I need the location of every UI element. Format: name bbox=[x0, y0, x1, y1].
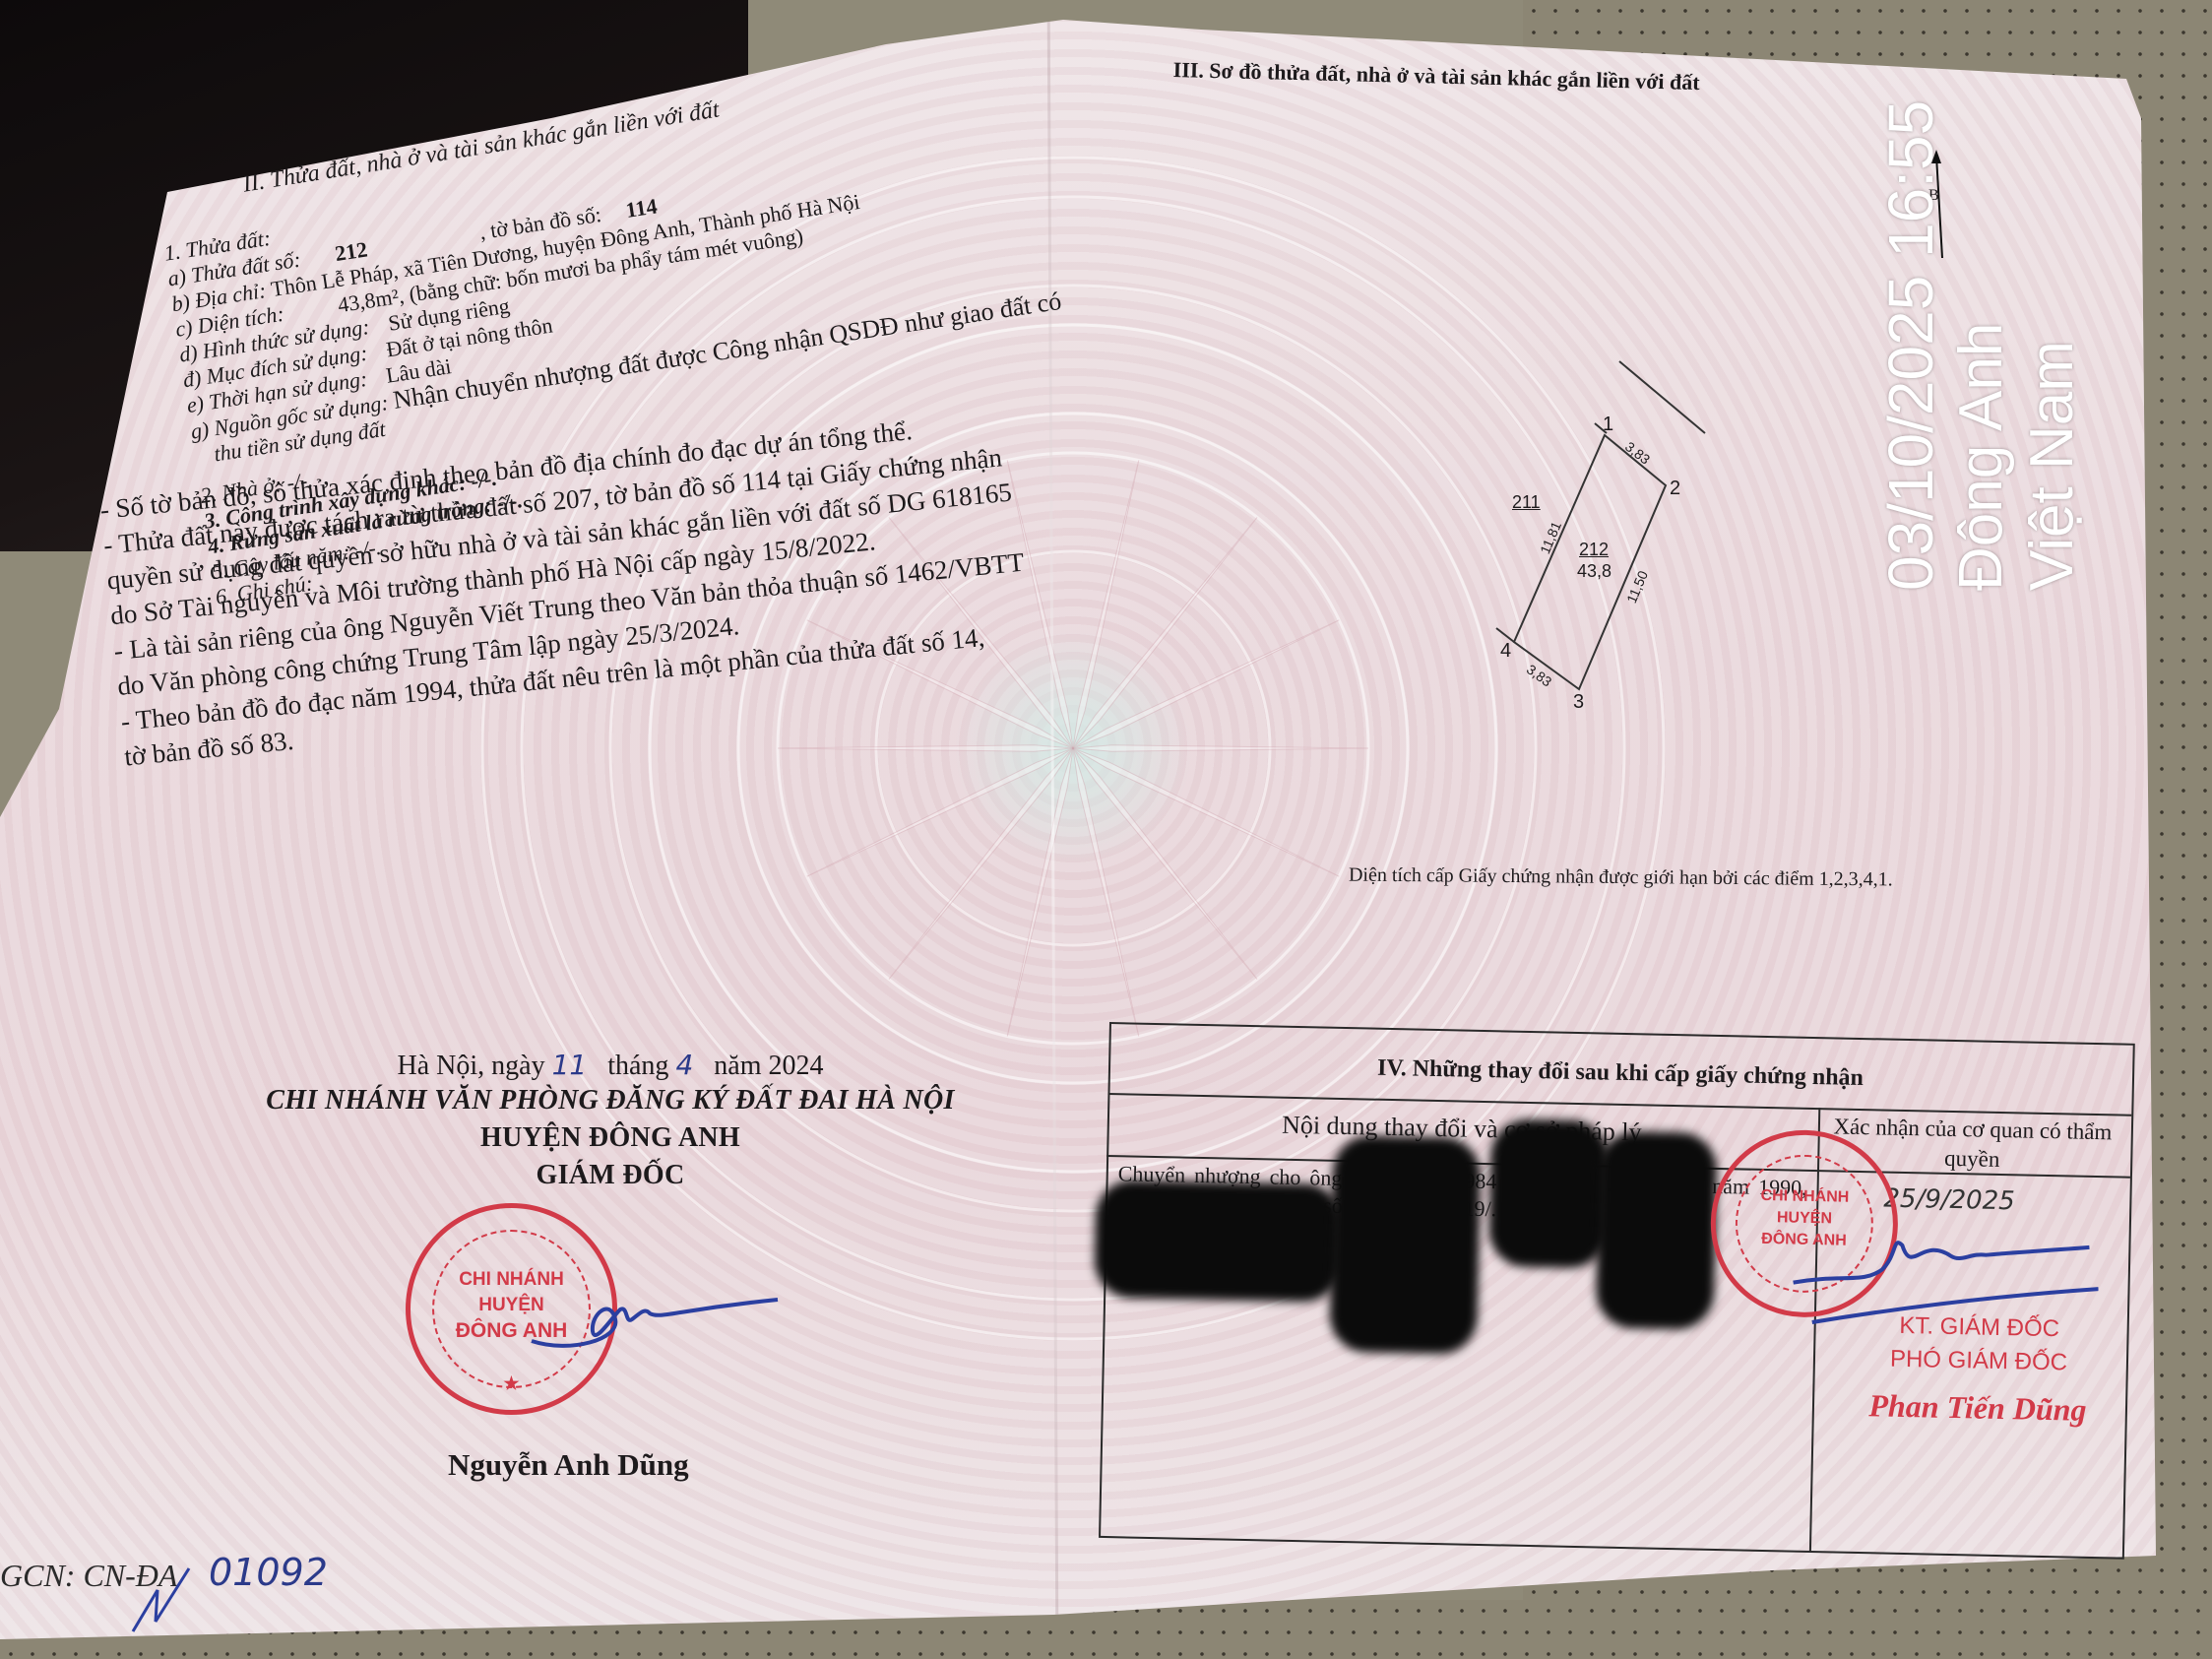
limit-note: Diện tích cấp Giấy chứng nhận được giới … bbox=[1349, 864, 1893, 892]
signature-left-icon bbox=[512, 1280, 788, 1359]
org-line-2: HUYỆN ĐÔNG ANH bbox=[207, 1119, 1014, 1157]
signer-name-right: Phan Tiến Dũng bbox=[1830, 1386, 2126, 1429]
redaction-blob bbox=[1094, 1180, 1342, 1303]
photo-timestamp-watermark: 03/10/2025 16:55 Đông Anh Việt Nam bbox=[1875, 100, 2088, 591]
point-1: 1 bbox=[1603, 414, 1613, 436]
issue-date: Hà Nội, ngày 11 tháng 4 năm 2024 bbox=[207, 1049, 1014, 1082]
gcn-number: 01092 bbox=[209, 1551, 328, 1594]
point-3: 3 bbox=[1573, 691, 1584, 714]
issue-day: 11 bbox=[552, 1049, 588, 1081]
star-icon: ★ bbox=[411, 1373, 612, 1394]
parcel-diagram-svg bbox=[1457, 335, 1752, 729]
issuer-block: Hà Nội, ngày 11 tháng 4 năm 2024 CHI NHÁ… bbox=[207, 1049, 1014, 1194]
initial-signature-icon bbox=[128, 1561, 207, 1639]
signer-title: KT. GIÁM ĐỐC PHÓ GIÁM ĐỐC bbox=[1831, 1308, 2127, 1380]
point-2: 2 bbox=[1670, 478, 1680, 500]
watermark-location-2: Việt Nam bbox=[2017, 100, 2088, 591]
watermark-location-1: Đông Anh bbox=[1946, 100, 2017, 591]
parcel-number-diagram: 212 bbox=[1579, 540, 1609, 560]
redaction-blob bbox=[1596, 1130, 1718, 1329]
confirm-date: 25/9/2025 bbox=[1883, 1184, 2015, 1217]
redaction-blob bbox=[1488, 1118, 1610, 1268]
org-line-1: CHI NHÁNH VĂN PHÒNG ĐĂNG KÝ ĐẤT ĐAI HÀ N… bbox=[207, 1082, 1014, 1119]
parcel-number: 212 bbox=[334, 236, 369, 266]
map-sheet-number: 114 bbox=[624, 194, 659, 223]
org-line-3: GIÁM ĐỐC bbox=[207, 1157, 1014, 1194]
issue-month: 4 bbox=[675, 1049, 693, 1081]
point-4: 4 bbox=[1500, 640, 1511, 663]
signer-name: Nguyễn Anh Dũng bbox=[448, 1447, 689, 1483]
redaction-blob bbox=[1329, 1135, 1482, 1355]
neighbor-parcel: 211 bbox=[1512, 492, 1541, 513]
changes-table: IV. Những thay đổi sau khi cấp giấy chứn… bbox=[1099, 1022, 2133, 1575]
parcel-area-diagram: 43,8 bbox=[1577, 561, 1612, 582]
parcel-diagram: 1 2 3 4 3,83 11,50 3,83 11,81 211 212 43… bbox=[1457, 335, 1752, 734]
watermark-datetime: 03/10/2025 16:55 bbox=[1875, 100, 1946, 591]
